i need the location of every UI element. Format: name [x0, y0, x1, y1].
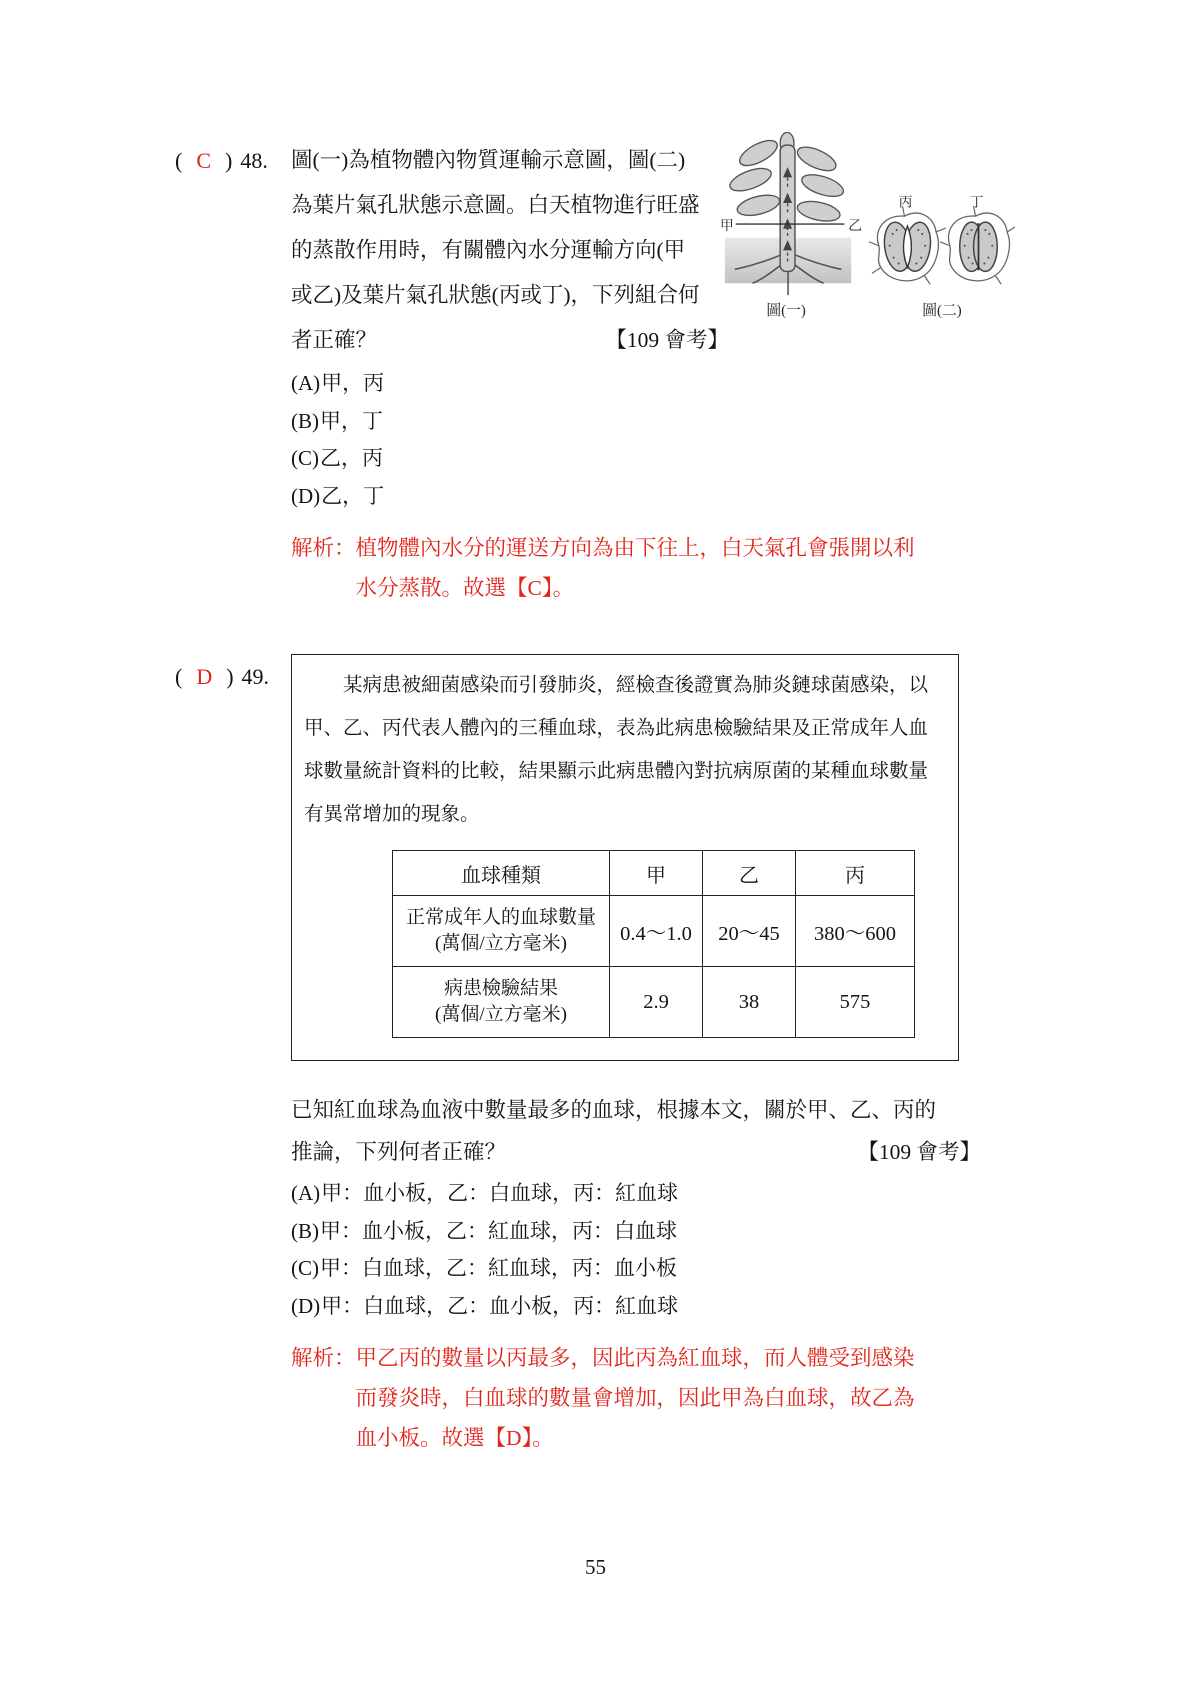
label-bing: 丙	[899, 194, 913, 209]
option-label: (D)	[291, 1294, 320, 1318]
table-cell: 575	[796, 967, 915, 1038]
question-line: 已知紅血球為血液中數量最多的血球，根據本文，關於甲、乙、丙的	[291, 1089, 981, 1131]
table-row-label: 病患檢驗結果 (萬個/立方毫米)	[393, 967, 610, 1038]
table-cell: 2.9	[610, 967, 703, 1038]
option-text: 甲：白血球，乙：紅血球，丙：血小板	[320, 1256, 677, 1280]
passage-line: 有異常增加的現象。	[304, 793, 946, 836]
paren-open: (	[175, 664, 182, 689]
question-49-passage-box: 某病患被細菌感染而引發肺炎，經檢查後證實為肺炎鏈球菌感染，以 甲、乙、丙代表人體…	[291, 654, 959, 1061]
paren-close: )	[226, 664, 233, 689]
option-c: (C)乙，丙	[291, 440, 1003, 478]
passage-line: 某病患被細菌感染而引發肺炎，經檢查後證實為肺炎鏈球菌感染，以	[304, 664, 946, 707]
question-line: 的蒸散作用時，有關體內水分運輸方向(甲	[291, 228, 729, 273]
option-a: (A)甲：血小板，乙：白血球，丙：紅血球	[291, 1175, 981, 1213]
option-text: 甲，丙	[321, 371, 384, 395]
question-line: 推論，下列何者正確？	[291, 1131, 506, 1173]
question-49-analysis: 解析： 甲乙丙的數量以丙最多，因此丙為紅血球，而人體受到感染 而發炎時，白血球的…	[291, 1338, 981, 1458]
option-a: (A)甲，丙	[291, 365, 1003, 403]
option-text: 甲，丁	[320, 409, 383, 433]
plant-and-stomata-diagram: 甲 乙 圖(一) 丙	[719, 132, 1015, 324]
question-line: 圖(一)為植物體內物質運輸示意圖，圖(二)	[291, 138, 729, 183]
question-line-with-source: 推論，下列何者正確？ 【109 會考】	[291, 1131, 981, 1173]
figure-1-caption: 圖(一)	[766, 302, 806, 319]
option-label: (B)	[291, 1219, 319, 1243]
option-text: 乙，丙	[320, 446, 383, 470]
option-label: (C)	[291, 446, 319, 470]
answer-letter-48: C	[196, 148, 211, 173]
table-cell: 20～45	[703, 896, 796, 967]
stem	[780, 145, 795, 271]
option-label: (C)	[291, 1256, 319, 1280]
question-49: (D)49. 某病患被細菌感染而引發肺炎，經檢查後證實為肺炎鏈球菌感染，以 甲、…	[175, 654, 1035, 1458]
exam-answer-page: (C)48.	[0, 0, 1191, 1684]
label-yi: 乙	[848, 218, 862, 233]
option-label: (D)	[291, 484, 320, 508]
table-row-label: 正常成年人的血球數量 (萬個/立方毫米)	[393, 896, 610, 967]
table-cell: 380～600	[796, 896, 915, 967]
analysis-line: 甲乙丙的數量以丙最多，因此丙為紅血球，而人體受到感染	[356, 1338, 915, 1378]
table-header-cell: 甲	[610, 851, 703, 896]
option-c: (C)甲：白血球，乙：紅血球，丙：血小板	[291, 1250, 981, 1288]
option-b: (B)甲：血小板，乙：紅血球，丙：白血球	[291, 1213, 981, 1251]
question-48: (C)48.	[175, 138, 1035, 608]
passage-line: 球數量統計資料的比較，結果顯示此病患體內對抗病原菌的某種血球數量	[304, 750, 946, 793]
option-text: 甲：白血球，乙：血小板，丙：紅血球	[321, 1294, 678, 1318]
option-d: (D)甲：白血球，乙：血小板，丙：紅血球	[291, 1288, 981, 1326]
analysis-line: 而發炎時，白血球的數量會增加，因此甲為白血球，故乙為	[356, 1378, 915, 1418]
passage-line: 甲、乙、丙代表人體內的三種血球，表為此病患檢驗結果及正常成年人血	[304, 707, 946, 750]
option-text: 甲：血小板，乙：白血球，丙：紅血球	[321, 1181, 678, 1205]
label-jia: 甲	[720, 218, 734, 233]
analysis-line: 植物體內水分的運送方向為由下往上，白天氣孔會張開以利	[356, 528, 915, 568]
question-48-body: 甲 乙 圖(一) 丙	[291, 138, 1003, 608]
analysis-line: 水分蒸散。故選【C】。	[356, 568, 915, 608]
page-number: 55	[0, 1555, 1191, 1580]
option-label: (A)	[291, 1181, 320, 1205]
paren-close: )	[225, 148, 232, 173]
table-header-cell: 乙	[703, 851, 796, 896]
analysis-label: 解析：	[291, 528, 356, 608]
option-d: (D)乙，丁	[291, 478, 1003, 516]
question-48-number: 48.	[240, 148, 268, 173]
analysis-label: 解析：	[291, 1338, 356, 1458]
stoma-closed-diagram: 丁	[940, 194, 1015, 284]
question-48-analysis: 解析： 植物體內水分的運送方向為由下往上，白天氣孔會張開以利 水分蒸散。故選【C…	[291, 528, 1003, 608]
plant-diagram: 甲 乙 圖(一)	[720, 132, 862, 319]
question-48-options: (A)甲，丙 (B)甲，丁 (C)乙，丙 (D)乙，丁	[291, 365, 1003, 515]
table-header-row: 血球種類 甲 乙 丙	[393, 851, 915, 896]
exam-source-tag: 【109 會考】	[605, 318, 729, 363]
row-label-main: 病患檢驗結果	[397, 976, 605, 1002]
paren-open: (	[175, 148, 182, 173]
question-49-body: 某病患被細菌感染而引發肺炎，經檢查後證實為肺炎鏈球菌感染，以 甲、乙、丙代表人體…	[291, 654, 981, 1458]
analysis-text: 植物體內水分的運送方向為由下往上，白天氣孔會張開以利 水分蒸散。故選【C】。	[356, 528, 915, 608]
blood-cell-table: 血球種類 甲 乙 丙 正常成年人的血球數量 (萬個/立方毫米)	[392, 850, 915, 1038]
table-cell: 38	[703, 967, 796, 1038]
question-48-answer-cell: (C)48.	[175, 138, 291, 183]
table-header-cell: 丙	[796, 851, 915, 896]
question-49-text: 已知紅血球為血液中數量最多的血球，根據本文，關於甲、乙、丙的 推論，下列何者正確…	[291, 1089, 981, 1173]
answer-letter-49: D	[196, 664, 212, 689]
table-cell: 0.4～1.0	[610, 896, 703, 967]
question-line: 為葉片氣孔狀態示意圖。白天植物進行旺盛	[291, 183, 729, 228]
option-text: 乙，丁	[321, 484, 384, 508]
figure-2-caption: 圖(二)	[922, 302, 962, 319]
option-label: (A)	[291, 371, 320, 395]
table-row: 正常成年人的血球數量 (萬個/立方毫米) 0.4～1.0 20～45 380～6…	[393, 896, 915, 967]
analysis-text: 甲乙丙的數量以丙最多，因此丙為紅血球，而人體受到感染 而發炎時，白血球的數量會增…	[356, 1338, 915, 1458]
table-row: 病患檢驗結果 (萬個/立方毫米) 2.9 38 575	[393, 967, 915, 1038]
row-label-main: 正常成年人的血球數量	[397, 905, 605, 931]
question-line: 或乙)及葉片氣孔狀態(丙或丁)，下列組合何	[291, 273, 729, 318]
question-49-number: 49.	[242, 664, 270, 689]
table-header-cell: 血球種類	[393, 851, 610, 896]
question-48-figure: 甲 乙 圖(一) 丙	[719, 132, 1015, 324]
option-b: (B)甲，丁	[291, 403, 1003, 441]
option-text: 甲：血小板，乙：紅血球，丙：白血球	[320, 1219, 677, 1243]
analysis-line: 血小板。故選【D】。	[356, 1418, 915, 1458]
exam-source-tag: 【109 會考】	[857, 1131, 981, 1173]
row-label-unit: (萬個/立方毫米)	[397, 1002, 605, 1028]
row-label-unit: (萬個/立方毫米)	[397, 931, 605, 957]
question-49-answer-cell: (D)49.	[175, 654, 291, 699]
question-line-with-source: 者正確？ 【109 會考】	[291, 318, 729, 363]
question-49-options: (A)甲：血小板，乙：白血球，丙：紅血球 (B)甲：血小板，乙：紅血球，丙：白血…	[291, 1175, 981, 1325]
option-label: (B)	[291, 409, 319, 433]
label-ding: 丁	[970, 194, 984, 209]
stoma-open-diagram: 丙	[869, 194, 946, 284]
question-line: 者正確？	[291, 318, 377, 363]
page-content: (C)48.	[175, 138, 1035, 1458]
